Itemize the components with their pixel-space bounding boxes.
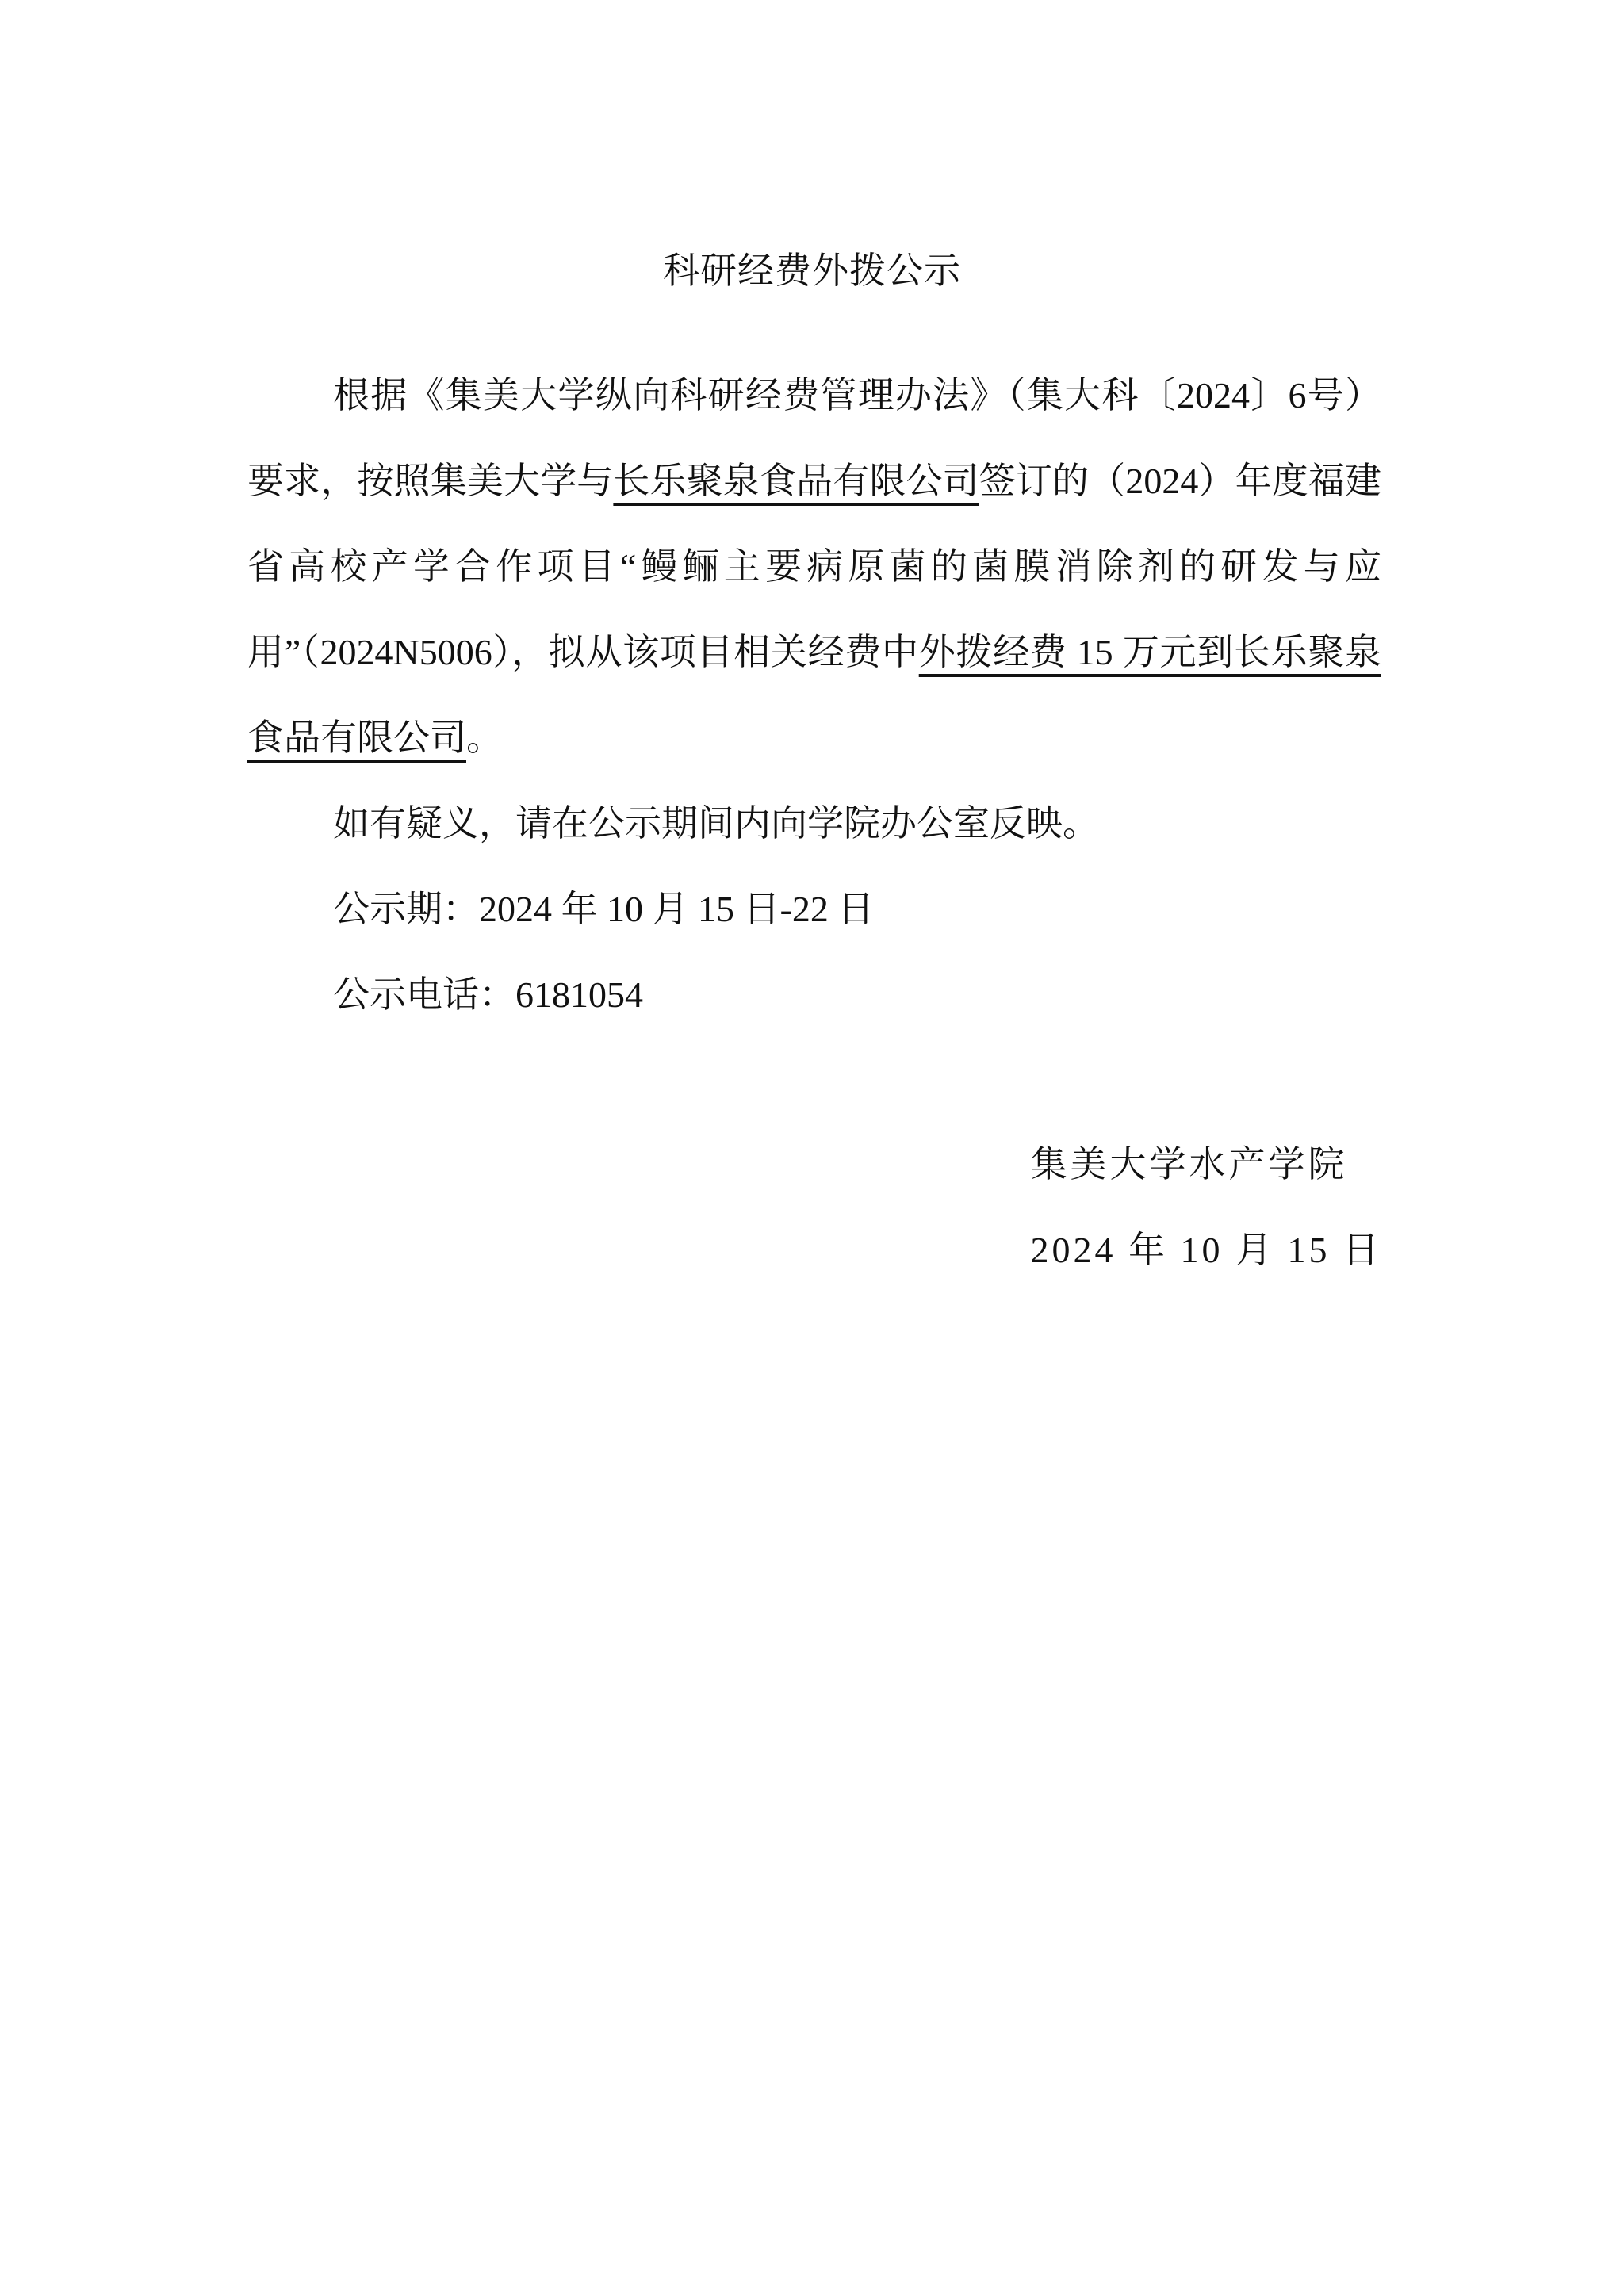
company-name-underlined: 长乐聚泉食品有限公司	[613, 461, 979, 501]
signature-block: 集美大学水产学院 2024 年 10 月 15 日	[1031, 1122, 1383, 1293]
page-title: 科研经费外拨公示	[0, 242, 1624, 294]
signature-date: 2024 年 10 月 15 日	[1031, 1207, 1383, 1293]
paragraph-objection: 如有疑义，请在公示期间内向学院办公室反映。	[247, 781, 1381, 867]
period-mark: 。	[466, 717, 503, 758]
signature-org: 集美大学水产学院	[1031, 1122, 1383, 1207]
notice-body: 根据《集美大学纵向科研经费管理办法》（集大科〔2024〕6号）要求，按照集美大学…	[247, 353, 1381, 1038]
paragraph-basis: 根据《集美大学纵向科研经费管理办法》（集大科〔2024〕6号）要求，按照集美大学…	[247, 353, 1381, 781]
publicity-period: 公示期：2024 年 10 月 15 日-22 日	[247, 867, 1381, 952]
publicity-phone: 公示电话：6181054	[247, 952, 1381, 1038]
